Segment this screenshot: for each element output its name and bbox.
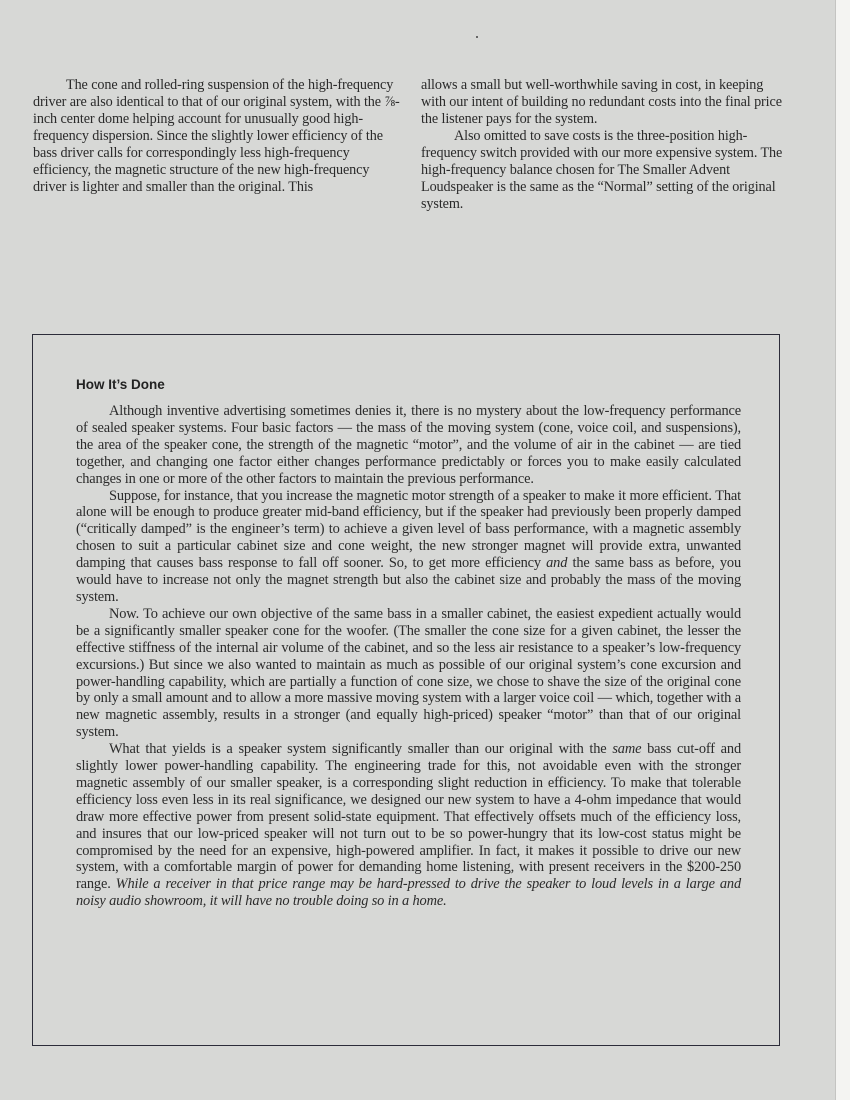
box-paragraph-4: What that yields is a speaker system sig… (76, 741, 741, 910)
box-heading: How It’s Done (76, 377, 165, 392)
box-paragraph-1: Although inventive advertising sometimes… (76, 403, 741, 488)
text-run: bass cut-off and slightly lower power-ha… (76, 741, 741, 892)
left-column: The cone and rolled-ring suspension of t… (33, 77, 401, 196)
emphasis-closing-sentence: While a receiver in that price range may… (76, 876, 741, 909)
box-paragraph-3: Now. To achieve our own objective of the… (76, 606, 741, 741)
emphasis-and: and (546, 555, 567, 571)
left-paragraph-1: The cone and rolled-ring suspension of t… (33, 77, 401, 196)
sidebar-box-how-its-done: How It’s Done Although inventive adverti… (32, 334, 780, 1046)
right-paragraph-2: Also omitted to save costs is the three-… (421, 128, 783, 213)
page-edge (835, 0, 850, 1100)
scan-speck (476, 36, 478, 38)
right-paragraph-1: allows a small but well-worthwhile savin… (421, 77, 783, 128)
box-body: Although inventive advertising sometimes… (76, 403, 741, 910)
emphasis-same: same (612, 741, 641, 757)
document-page: The cone and rolled-ring suspension of t… (0, 0, 835, 1100)
right-column: allows a small but well-worthwhile savin… (421, 77, 783, 213)
box-paragraph-2: Suppose, for instance, that you increase… (76, 488, 741, 606)
text-run: What that yields is a speaker system sig… (109, 741, 612, 757)
